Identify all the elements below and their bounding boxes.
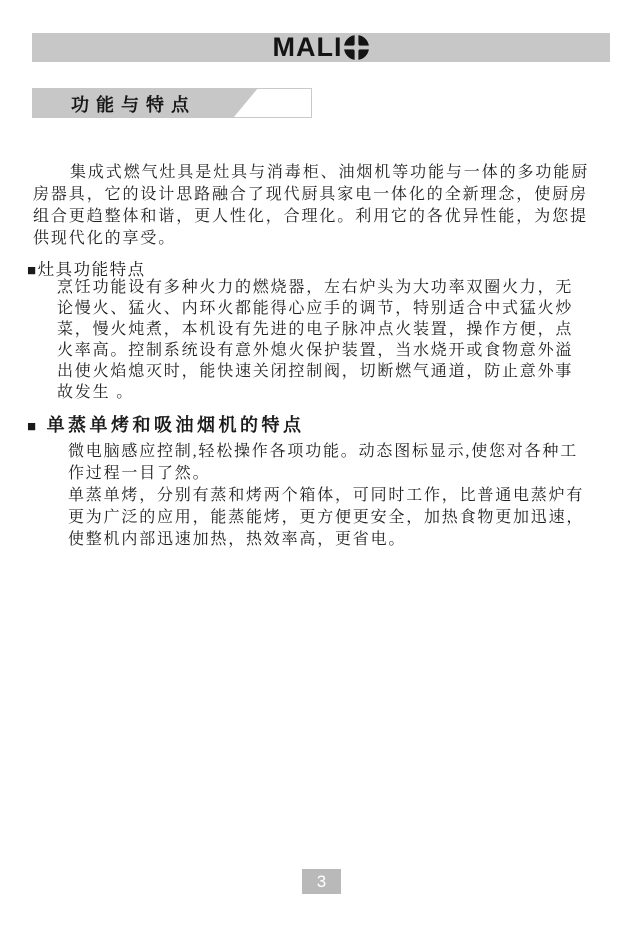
ring-crosshair-o-icon xyxy=(344,35,369,60)
page-number-box: 3 xyxy=(302,869,341,894)
subsection-1-paragraph: 烹饪功能设有多种火力的燃烧器，左右炉头为大功率双圈火力，无 论慢火、猛火、内环火… xyxy=(57,277,593,403)
subsection-2-paragraphs: 微电脑感应控制,轻松操作各项功能。动态图标显示,使您对各种工 作过程一目了然。 … xyxy=(68,441,593,551)
subsection-2-title: 单蒸单烤和吸油烟机的特点 xyxy=(47,415,305,435)
page-number: 3 xyxy=(317,872,326,892)
section-title: 功能与特点 xyxy=(71,89,196,119)
manual-page: MALI 功能与特点 集成式燃气灶具是灶具与消毒柜、油烟机等功能与一体的多功能厨… xyxy=(0,0,623,927)
section-title-banner: 功能与特点 xyxy=(32,88,312,118)
square-bullet-icon: ■ xyxy=(27,419,40,435)
subsection-2-heading: ■单蒸单烤和吸油烟机的特点 xyxy=(27,411,305,437)
brand-logo: MALI xyxy=(273,34,370,61)
brand-logo-text: MALI xyxy=(273,34,343,61)
square-bullet-icon: ■ xyxy=(27,263,38,279)
subsection-2-paragraph-2: 单蒸单烤，分别有蒸和烤两个箱体，可同时工作，比普通电蒸炉有 更为广泛的应用，能蒸… xyxy=(68,485,593,551)
header-bar: MALI xyxy=(32,33,610,62)
intro-paragraph: 集成式燃气灶具是灶具与消毒柜、油烟机等功能与一体的多功能厨 房器具，它的设计思路… xyxy=(33,162,593,250)
subsection-2-paragraph-1: 微电脑感应控制,轻松操作各项功能。动态图标显示,使您对各种工 作过程一目了然。 xyxy=(68,441,593,485)
